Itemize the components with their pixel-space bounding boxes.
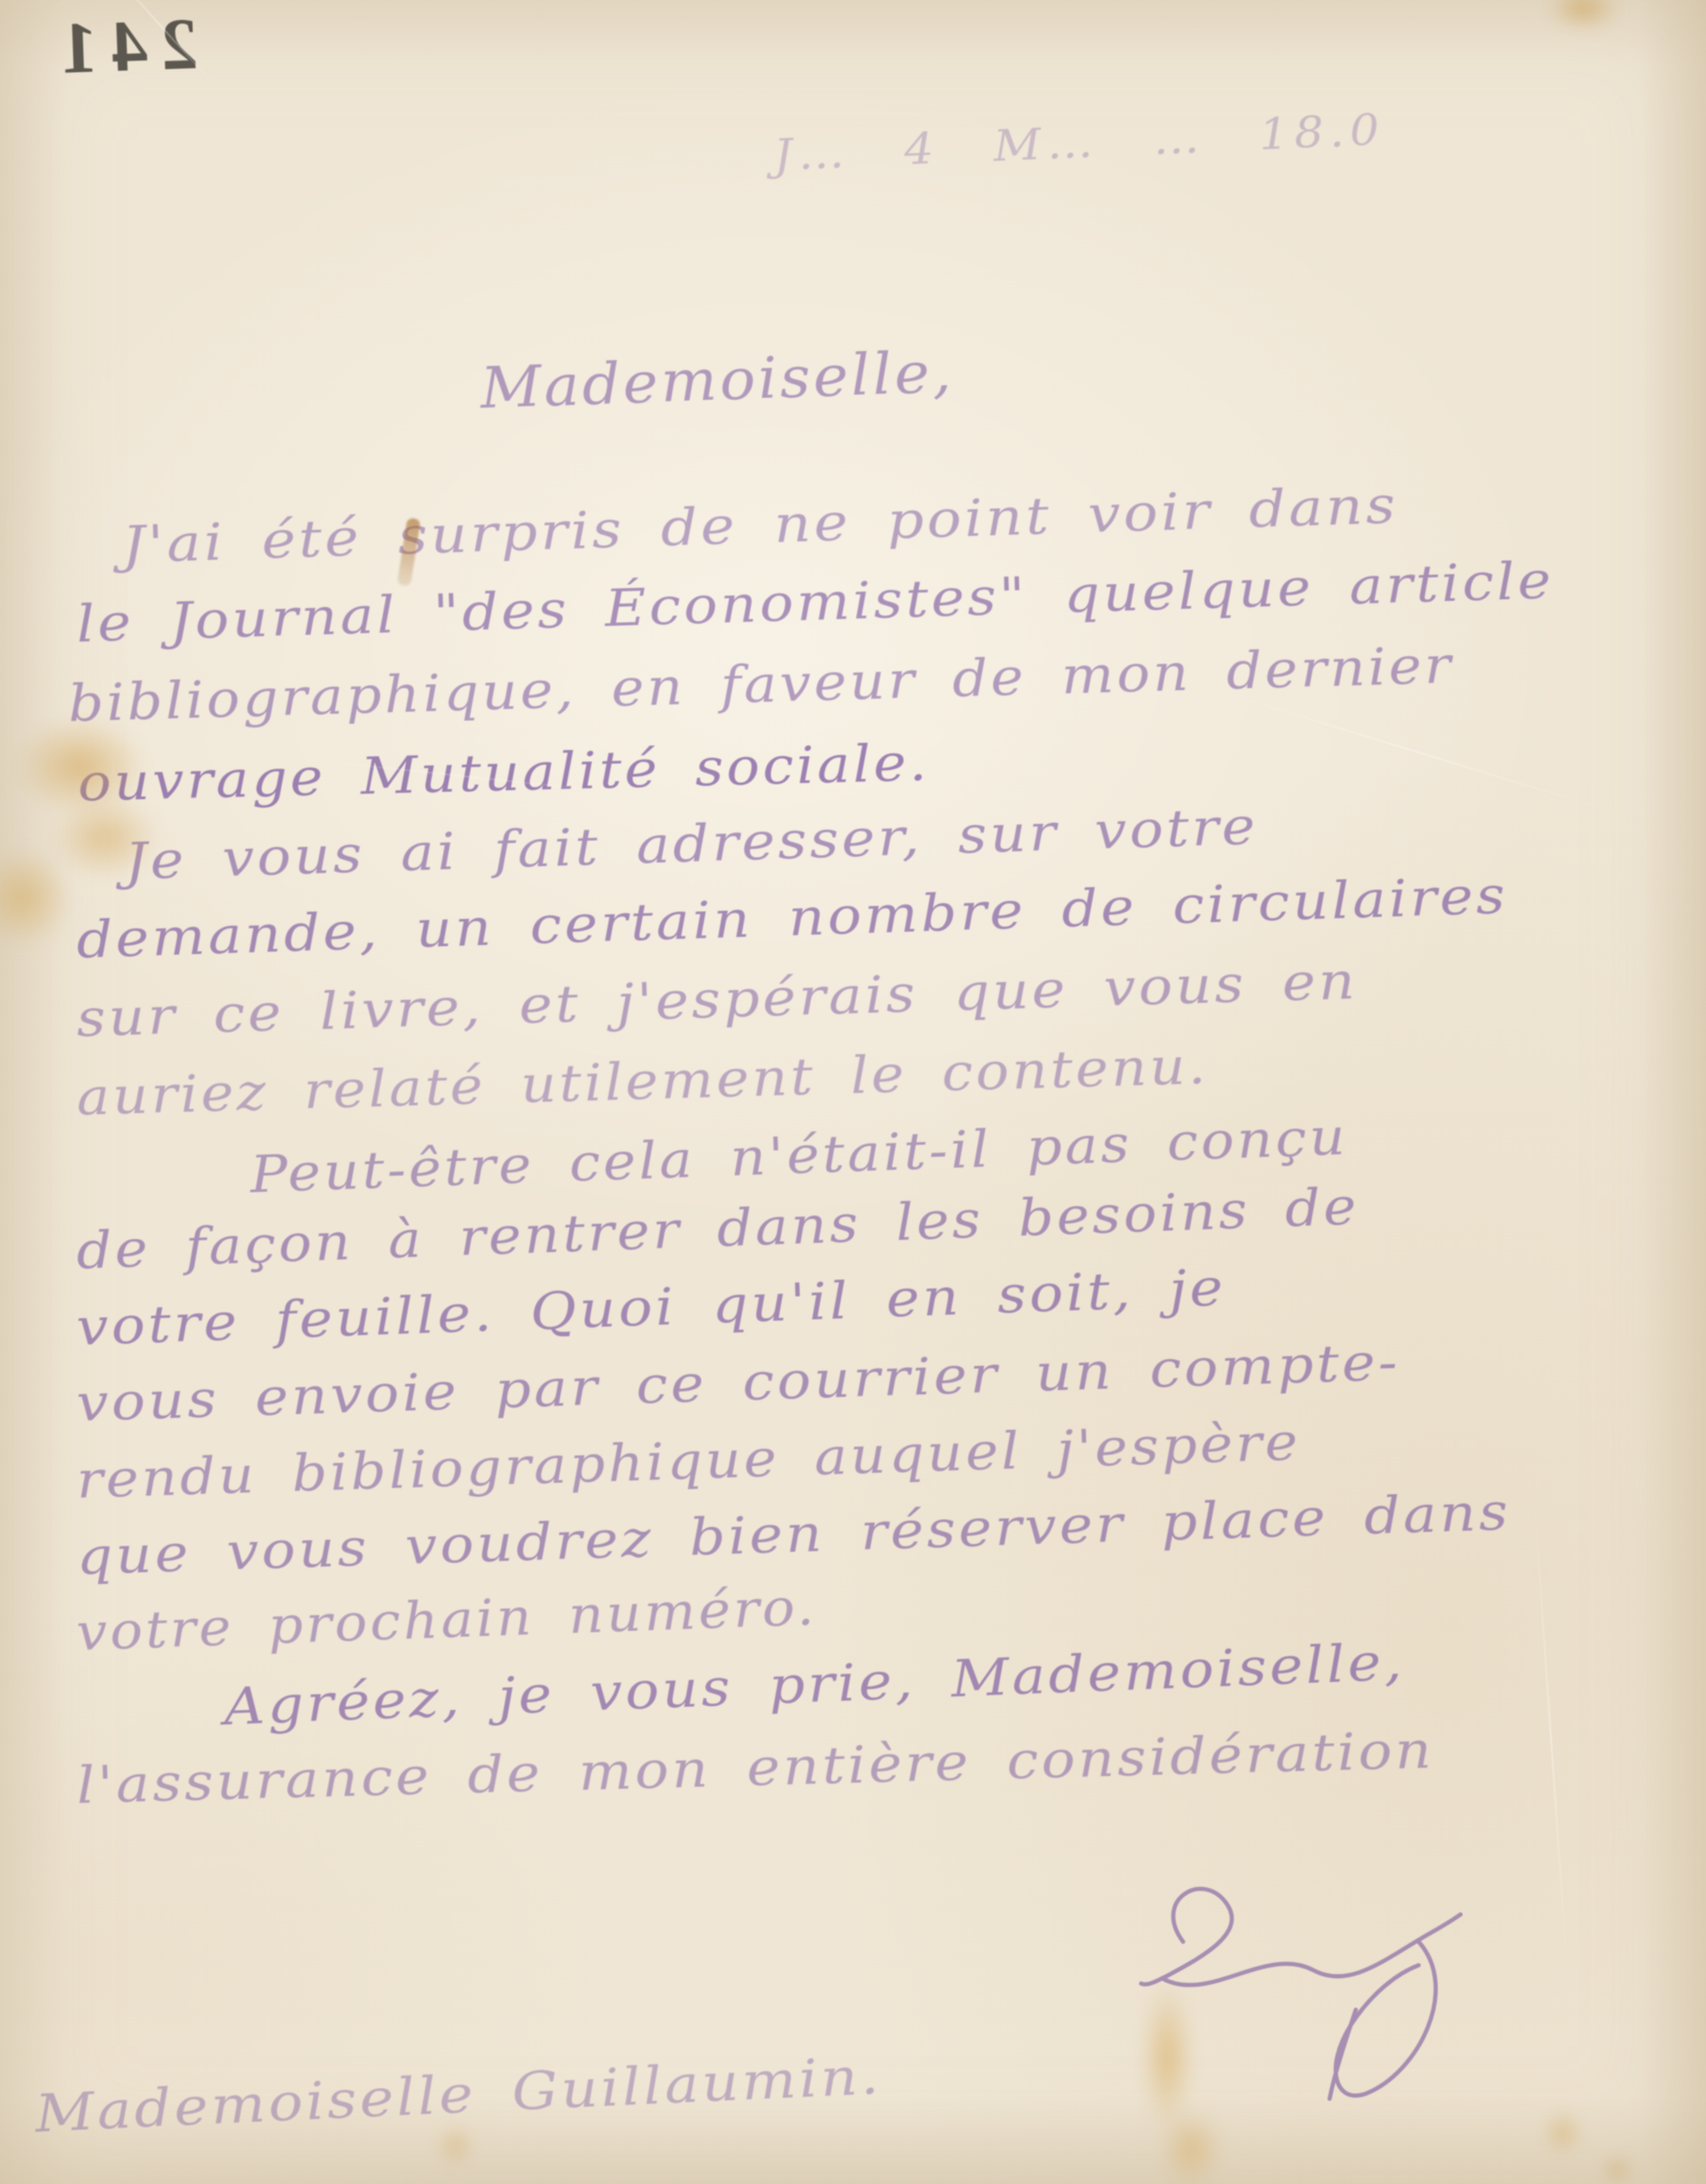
archive-stamp-number: 241 — [46, 2, 199, 91]
body-line: Je vous ai fait adresser, sur votre — [124, 797, 1258, 892]
body-line: J'ai été surpris de ne point voir dans — [121, 475, 1399, 575]
letter-page: 241 J… 4 M… … 18.0 Mademoiselle, J'ai ét… — [0, 0, 1706, 2184]
paper-stain — [437, 2125, 474, 2167]
paper-stain — [1159, 2109, 1222, 2184]
body-line: bibliographique, en faveur de mon dernie… — [68, 635, 1455, 734]
salutation: Mademoiselle, — [480, 340, 955, 421]
body-line: sur ce livre, et j'espérais que vous en — [76, 951, 1358, 1049]
paper-crease — [1533, 1492, 1569, 1988]
body-line: auriez relaté utilement le contenu. — [76, 1036, 1209, 1127]
body-line: ouvrage Mutualité sociale. — [77, 733, 930, 813]
paper-crease — [1202, 686, 1613, 813]
paper-stain — [50, 796, 160, 879]
paper-stain — [1547, 0, 1620, 31]
dateline: J… 4 M… … 18.0 — [773, 105, 1386, 181]
paper-stain — [1602, 2156, 1633, 2182]
paper-stain — [1141, 1984, 1194, 2130]
body-line: votre prochain numéro. — [75, 1577, 818, 1663]
paper-stain — [1542, 2109, 1584, 2156]
